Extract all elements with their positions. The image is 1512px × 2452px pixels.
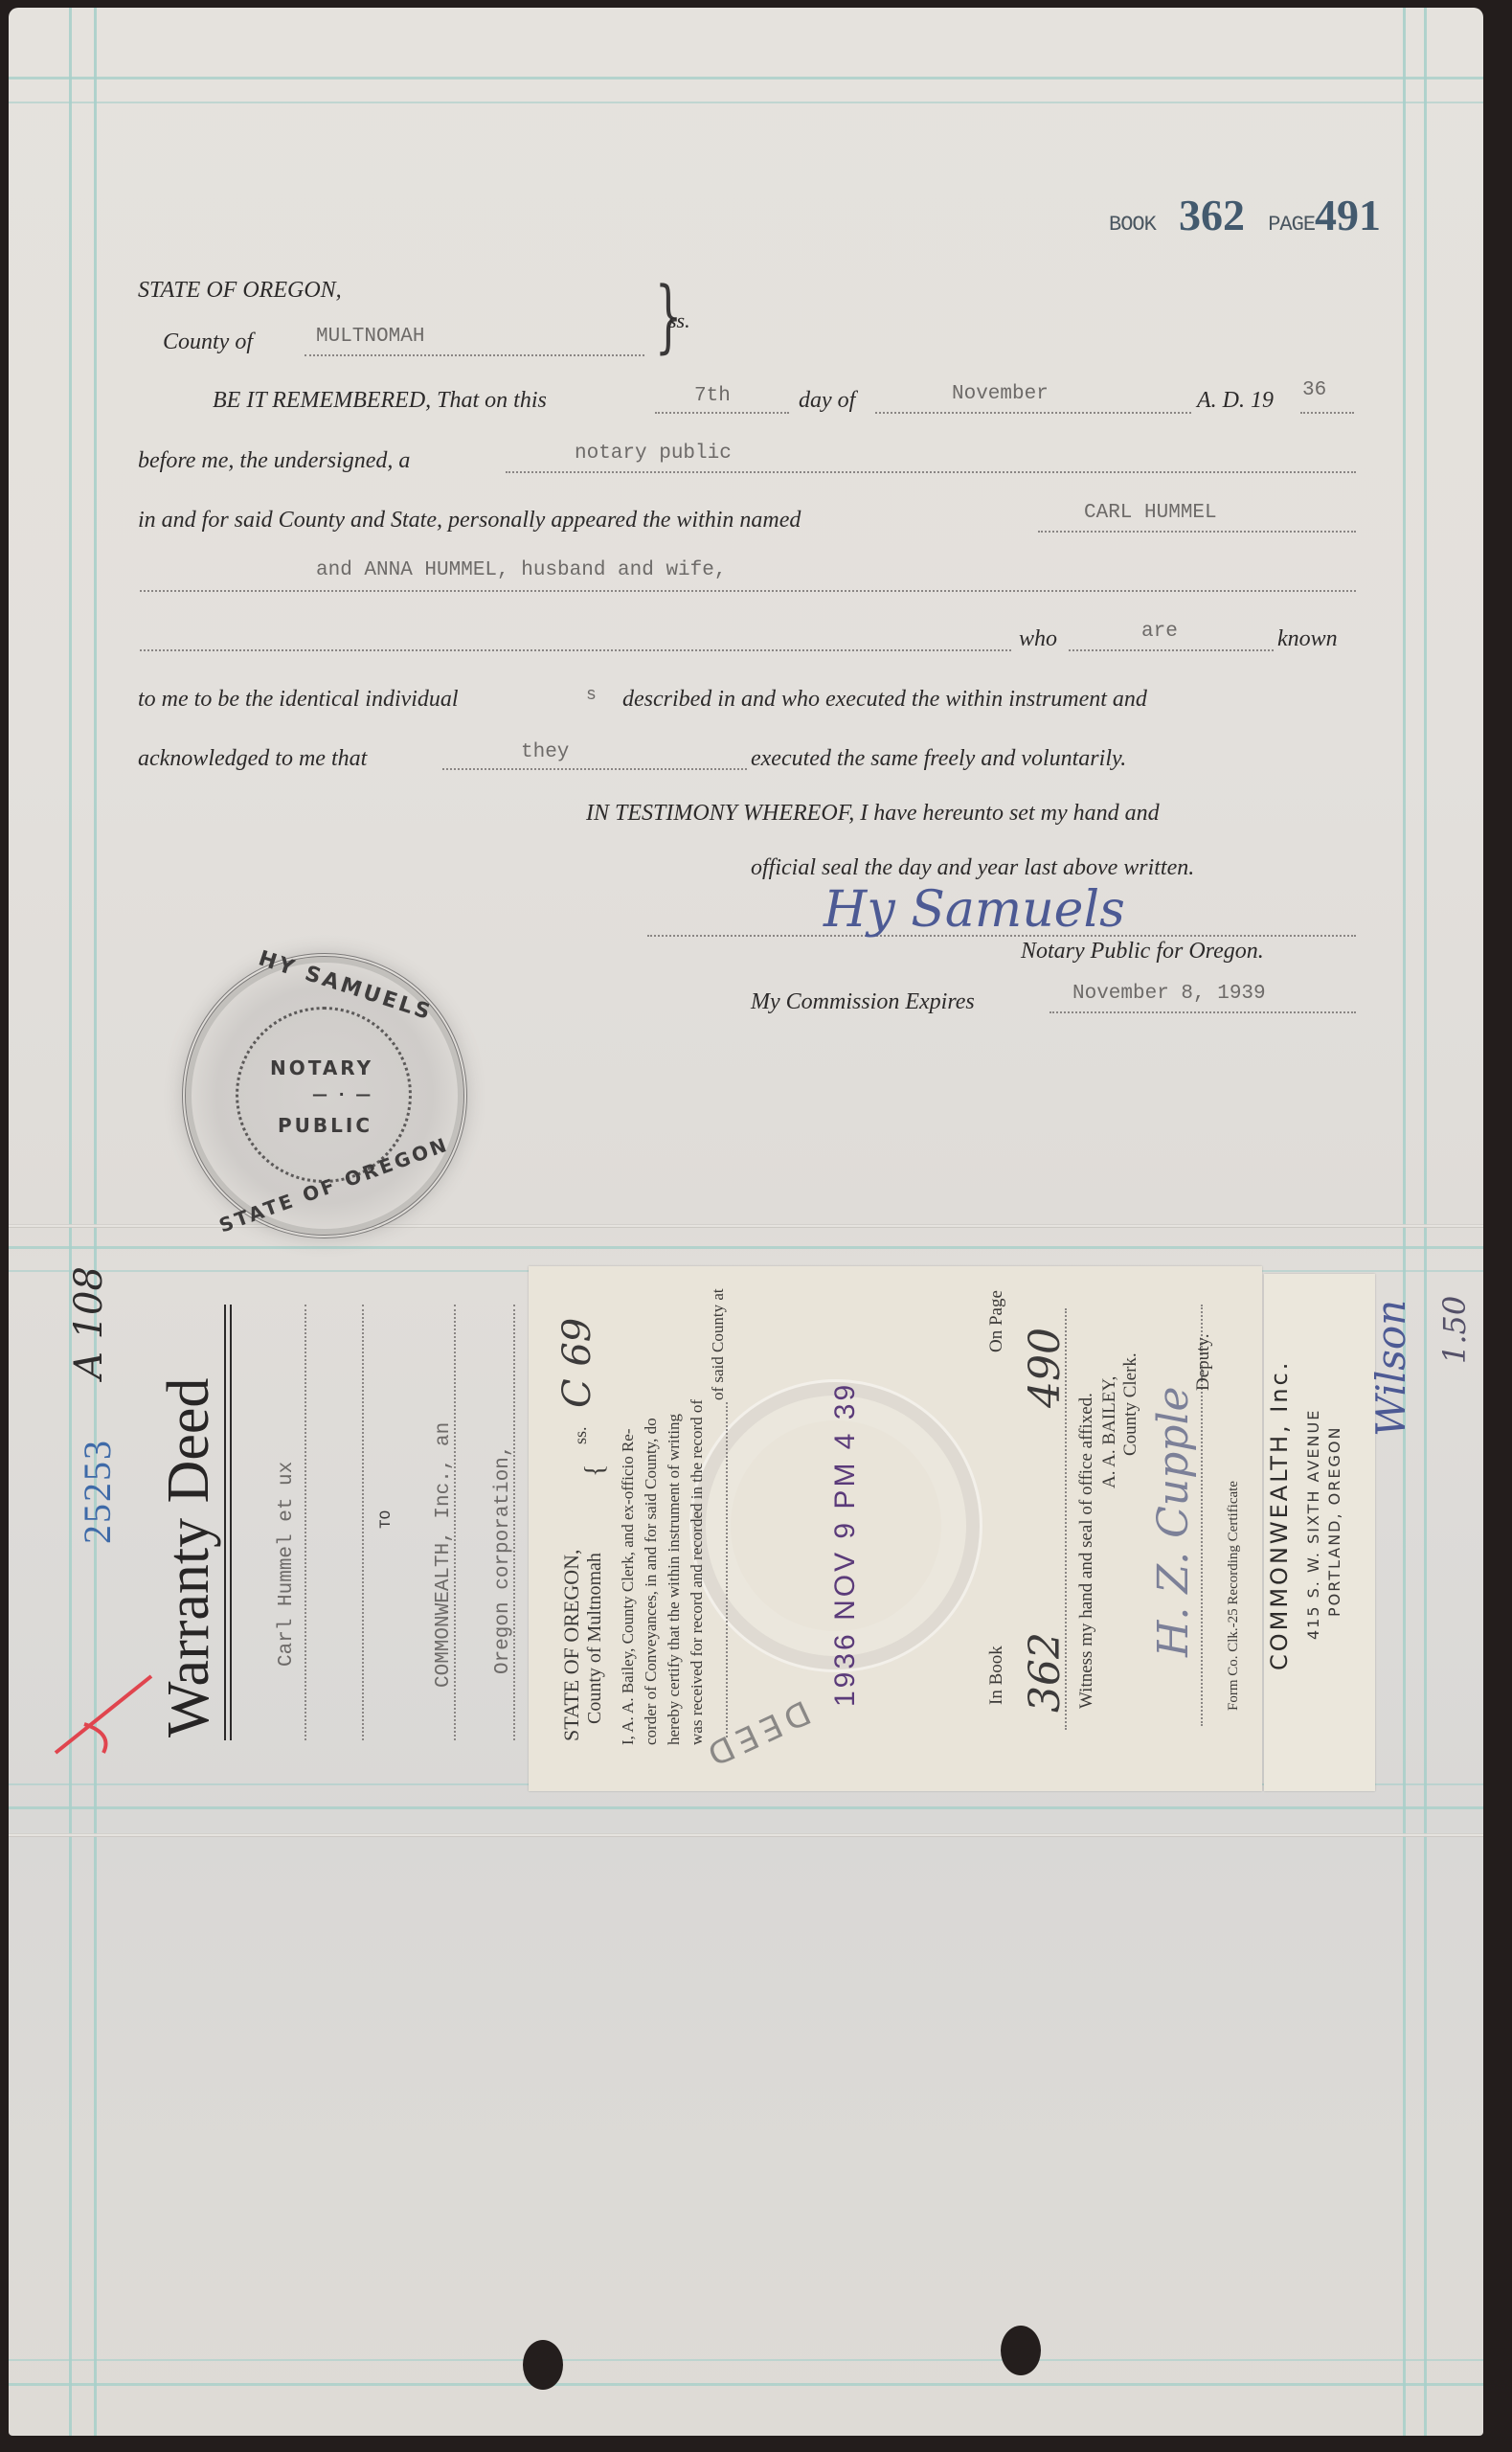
ruling-line — [9, 2383, 1483, 2386]
book-number: 362 — [1179, 191, 1245, 239]
ruling-line — [9, 2359, 1483, 2361]
book-label: BOOK — [1109, 213, 1156, 237]
punch-hole — [1001, 2326, 1041, 2375]
rec-body-3: hereby certify that the within instrumen… — [665, 1414, 684, 1745]
ack-known: known — [1277, 626, 1338, 652]
name-field: CARL HUMMEL — [1084, 502, 1217, 524]
grantee-field-1: COMMONWEALTH, Inc., an — [433, 1422, 455, 1688]
seal-center-mark: — · — — [312, 1085, 373, 1103]
ruling-line — [1403, 8, 1406, 2436]
ruling-line — [9, 1246, 1483, 1249]
page-number: 491 — [1315, 191, 1381, 239]
notary-title: Notary Public for Oregon. — [1021, 939, 1264, 965]
ack-line1-prefix: BE IT REMEMBERED, That on this — [213, 388, 547, 414]
document-number: 25253 — [75, 1439, 120, 1544]
handwritten-fee: 1.50 — [1436, 1296, 1473, 1364]
ack-line1-mid: day of — [799, 388, 855, 414]
testimony-line2: official seal the day and year last abov… — [751, 855, 1194, 881]
ack-line7-suffix: executed the same freely and voluntarily… — [751, 746, 1126, 772]
rec-ss: ss. — [571, 1426, 591, 1444]
on-page-label: On Page — [986, 1290, 1007, 1352]
ack-line1-suffix: A. D. 19 — [1197, 388, 1274, 414]
rec-body-5: of said County at — [709, 1288, 728, 1400]
name-field-line — [1038, 531, 1356, 533]
fold-crease — [9, 1833, 1483, 1837]
they-field-line — [442, 768, 747, 770]
handwritten-note: A 108 — [67, 1266, 111, 1379]
year-field-line — [1300, 412, 1354, 414]
officer-field: notary public — [575, 443, 732, 465]
ruling-line — [1424, 8, 1427, 2436]
deputy-signature: H. Z. Cupple — [1149, 1386, 1198, 1657]
title-rule — [230, 1305, 232, 1740]
return-to-address-2: PORTLAND, OREGON — [1325, 1426, 1343, 1617]
grantee-field-2: Oregon corporation, — [492, 1445, 514, 1674]
commission-field-line — [1049, 1011, 1356, 1013]
plural-field: s — [586, 686, 597, 705]
seal-center-bottom: PUBLIC — [278, 1114, 372, 1137]
in-book-label: In Book — [986, 1646, 1007, 1705]
ack-who: who — [1019, 626, 1057, 652]
form-number: Form Co. Clk.-25 Recording Certificate — [1226, 1481, 1242, 1711]
on-page-value: 490 — [1021, 1328, 1070, 1408]
line4-field-line — [140, 590, 1356, 592]
ruling-line — [9, 1806, 1483, 1809]
rec-state: STATE OF OREGON, — [559, 1549, 584, 1741]
they-field: they — [521, 741, 569, 763]
county-field: MULTNOMAH — [316, 326, 424, 348]
year-field: 36 — [1302, 379, 1326, 401]
rec-body-1: I, A. A. Bailey, County Clerk, and ex-of… — [619, 1429, 638, 1746]
seal-center-top: NOTARY — [270, 1056, 373, 1079]
red-check-mark-icon — [46, 1667, 161, 1762]
testimony-line1: IN TESTIMONY WHEREOF, I have hereunto se… — [586, 801, 1160, 827]
line4-field: and ANNA HUMMEL, husband and wife, — [316, 559, 726, 581]
ack-line6-suffix: described in and who executed the within… — [622, 687, 1147, 713]
ack-line2-prefix: before me, the undersigned, a — [138, 448, 410, 474]
notary-seal: HY SAMUELS NOTARY — · — PUBLIC STATE OF … — [182, 953, 467, 1238]
rec-body-2: corder of Conveyances, in and for said C… — [642, 1418, 661, 1745]
ruling-line — [69, 8, 72, 2436]
blank-line — [362, 1305, 364, 1740]
notary-signature: Hy Samuels — [824, 881, 1125, 939]
page-label: PAGE — [1268, 213, 1315, 237]
venue-county-label: County of — [163, 329, 253, 355]
in-book-value: 362 — [1021, 1632, 1070, 1713]
return-to-address-1: 415 S. W. SIXTH AVENUE — [1304, 1409, 1322, 1640]
punch-hole — [523, 2340, 563, 2390]
title-rule — [224, 1305, 226, 1740]
rec-clerk-name: A. A. BAILEY, — [1099, 1376, 1120, 1488]
ruling-line — [94, 8, 97, 2436]
day-field-line — [655, 412, 789, 414]
venue-ss: ss. — [668, 308, 690, 333]
commission-field: November 8, 1939 — [1072, 983, 1266, 1005]
return-to-name: COMMONWEALTH, Inc. — [1266, 1360, 1293, 1670]
ruling-line — [9, 77, 1483, 79]
to-label: TO — [377, 1510, 395, 1529]
ack-line6-prefix: to me to be the identical individual — [138, 687, 459, 713]
rec-brace: { — [580, 1464, 611, 1477]
rec-body-4: was received for record and recorded in … — [688, 1399, 707, 1745]
month-field: November — [952, 383, 1049, 405]
received-date-stamp: 1936 NOV 9 PM 4 39 — [829, 1382, 862, 1707]
officer-field-line — [506, 471, 1356, 473]
rec-blank-line — [726, 1402, 728, 1737]
line5-field-line — [140, 649, 1011, 651]
deputy-label: Deputy. — [1193, 1334, 1214, 1391]
month-field-line — [875, 412, 1191, 414]
rec-handwritten-ref: C 69 — [555, 1318, 599, 1408]
commission-label: My Commission Expires — [751, 989, 975, 1015]
ack-line3-prefix: in and for said County and State, person… — [138, 508, 801, 534]
rec-clerk-title: County Clerk. — [1120, 1352, 1141, 1456]
day-field: 7th — [694, 385, 731, 407]
venue-state: STATE OF OREGON, — [138, 278, 342, 304]
grantor-line — [305, 1305, 306, 1740]
county-field-line — [305, 354, 644, 356]
grantor-field: Carl Hummel et ux — [276, 1462, 298, 1667]
are-field: are — [1141, 621, 1178, 643]
ack-line7-prefix: acknowledged to me that — [138, 746, 367, 772]
handwritten-wilson: Wilson — [1367, 1300, 1414, 1437]
ruling-line — [9, 102, 1483, 103]
book-page-stamp: BOOK 362 PAGE491 — [1109, 190, 1381, 240]
rec-witness: Witness my hand and seal of office affix… — [1076, 1393, 1097, 1709]
are-field-line — [1069, 649, 1274, 651]
warranty-deed-title: Warranty Deed — [155, 1378, 223, 1737]
rec-county: County of Multnomah — [584, 1553, 606, 1724]
